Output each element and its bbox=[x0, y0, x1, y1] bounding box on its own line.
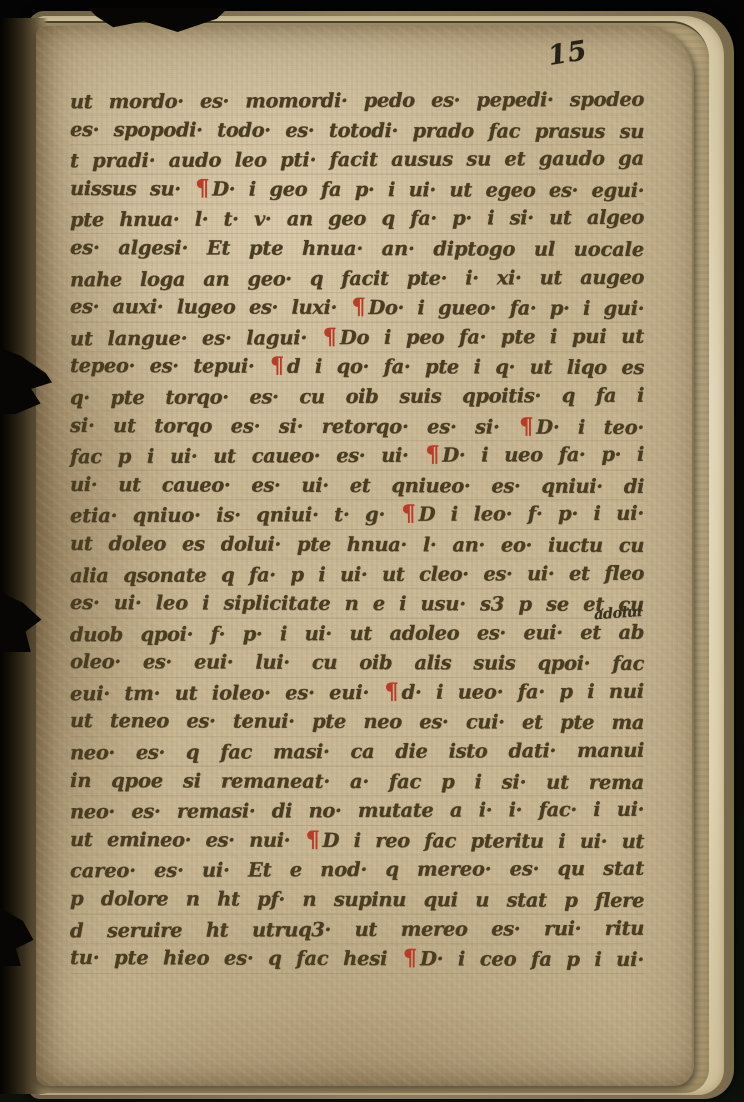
text-line: neo· es· q fac masi· ca die isto dati· m… bbox=[70, 736, 644, 768]
text-line: tu· pte hieo es· q fac hesi ¶D· i ceo fa… bbox=[70, 943, 644, 975]
rubric-paraph-mark: ¶ bbox=[269, 353, 287, 379]
text-line: ui· ut caueo· es· ui· et qniueo· es· qni… bbox=[70, 470, 644, 502]
text-line: d seruire ht utruq3· ut mereo es· rui· r… bbox=[70, 913, 644, 945]
text-line: neo· es· remasi· di no· mutate a i· i· f… bbox=[70, 795, 644, 827]
rubric-paraph-mark: ¶ bbox=[383, 679, 401, 705]
manuscript-page: 15 ut mordo· es· momordi· pedo es· peped… bbox=[36, 26, 694, 1086]
text-line: oleo· es· eui· lui· cu oib alis suis qpo… bbox=[70, 647, 644, 679]
text-line: fac p i ui· ut caueo· es· ui· ¶D· i ueo … bbox=[70, 440, 644, 472]
folio-number: 15 bbox=[546, 35, 590, 72]
text-line: eui· tm· ut ioleo· es· eui· ¶d· i ueo· f… bbox=[70, 677, 644, 709]
text-line: alia qsonate q fa· p i ui· ut cleo· es· … bbox=[70, 558, 644, 590]
text-line: es· ui· leo i siplicitate n e i usu· s3 … bbox=[70, 588, 644, 620]
text-block: ut mordo· es· momordi· pedo es· pepedi· … bbox=[70, 86, 644, 974]
rubric-paraph-mark: ¶ bbox=[424, 442, 442, 468]
text-line: pte hnua· l· t· v· an geo q fa· p· i si·… bbox=[70, 203, 644, 235]
text-line: si· ut torqo es· si· retorqo· es· si· ¶D… bbox=[70, 411, 644, 443]
text-line: es· algesi· Et pte hnua· an· diptogo ul … bbox=[70, 233, 644, 265]
text-line: duob qpoi· f· p· i ui· ut adoleo es· eui… bbox=[70, 617, 644, 649]
rubric-paraph-mark: ¶ bbox=[305, 827, 323, 853]
text-line: ut mordo· es· momordi· pedo es· pepedi· … bbox=[70, 85, 644, 117]
text-line: p dolore n ht pf· n supinu qui u stat p … bbox=[70, 884, 644, 916]
text-line: in qpoe si remaneat· a· fac p i si· ut r… bbox=[70, 766, 644, 798]
text-line: nahe loga an geo· q facit pte· i· xi· ut… bbox=[70, 262, 644, 294]
text-line: ut emineo· es· nui· ¶D i reo fac pteritu… bbox=[70, 825, 644, 857]
text-line: t pradi· audo leo pti· facit ausus su et… bbox=[70, 144, 644, 176]
text-line: careo· es· ui· Et e nod· q mereo· es· qu… bbox=[70, 854, 644, 886]
text-line: uissus su· ¶D· i geo fa p· i ui· ut egeo… bbox=[70, 174, 644, 206]
text-line: ut langue· es· lagui· ¶Do i peo fa· pte … bbox=[70, 321, 644, 353]
text-line: es· spopodi· todo· es· totodi· prado fac… bbox=[70, 115, 644, 147]
rubric-paraph-mark: ¶ bbox=[194, 175, 212, 201]
rubric-paraph-mark: ¶ bbox=[402, 945, 420, 971]
rubric-paraph-mark: ¶ bbox=[350, 294, 368, 320]
text-line: es· auxi· lugeo es· luxi· ¶Do· i gueo· f… bbox=[70, 292, 644, 324]
text-line: tepeo· es· tepui· ¶d i qo· fa· pte i q· … bbox=[70, 351, 644, 383]
rubric-paraph-mark: ¶ bbox=[518, 413, 536, 439]
rubric-paraph-mark: ¶ bbox=[322, 324, 340, 350]
text-line: ut doleo es dolui· pte hnua· l· an· eo· … bbox=[70, 529, 644, 561]
text-line: ut teneo es· tenui· pte neo es· cui· et … bbox=[70, 706, 644, 738]
rubric-paraph-mark: ¶ bbox=[400, 501, 418, 527]
photo-backdrop: 15 ut mordo· es· momordi· pedo es· peped… bbox=[0, 0, 744, 1102]
text-line: q· pte torqo· es· cu oib suis qpoitis· q… bbox=[70, 381, 644, 413]
text-line: etia· qniuo· is· qniui· t· g· ¶D i leo· … bbox=[70, 499, 644, 531]
